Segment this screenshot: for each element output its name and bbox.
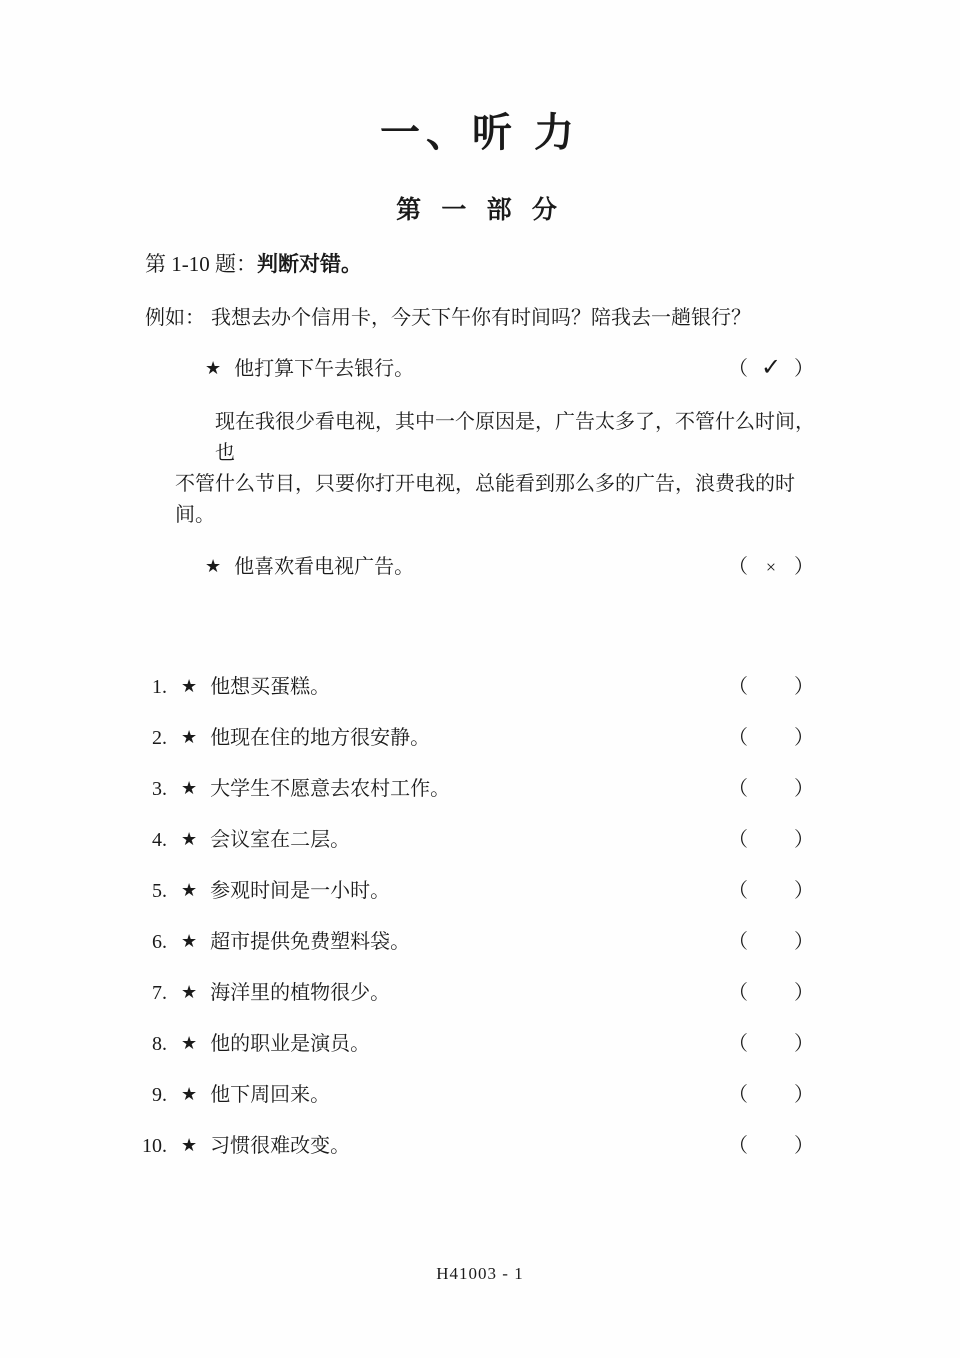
question-number: 6. <box>140 928 167 956</box>
question-number: 1. <box>140 673 167 701</box>
question-statement: 他现在住的地方很安静。 <box>210 724 430 752</box>
question-row-5: 5. ★ 参观时间是一小时。 （ ） <box>0 877 960 905</box>
paren-close: ） <box>794 1132 814 1160</box>
paren-close: ） <box>794 1030 814 1058</box>
star-icon: ★ <box>181 978 197 1006</box>
page-footer-code: H41003 - 1 <box>0 1264 960 1284</box>
paren-open: （ <box>728 355 748 383</box>
question-row-1: 1. ★ 他想买蛋糕。 （ ） <box>0 673 960 701</box>
page-title: 一、听 力 <box>0 0 960 156</box>
example-sentence-line: 例如：我想去办个信用卡，今天下午你有时间吗？陪我去一趟银行？ <box>145 304 812 332</box>
paren-close: ） <box>794 724 814 752</box>
paren-open: （ <box>728 979 748 1007</box>
question-row-2: 2. ★ 他现在住的地方很安静。 （ ） <box>0 724 960 752</box>
question-statement: 会议室在二层。 <box>210 826 350 854</box>
paren-close: ） <box>794 1081 814 1109</box>
paren-open: （ <box>728 826 748 854</box>
passage-line-1: 现在我很少看电视，其中一个原因是，广告太多了，不管什么时间，也 <box>175 407 815 469</box>
example-item-1: ★ 他打算下午去银行。 （ ✓ ） <box>205 354 814 383</box>
check-mark-icon: ✓ <box>748 354 794 382</box>
instruction-range: 第 1-10 题： <box>145 252 257 276</box>
paren-close: ） <box>794 775 814 803</box>
question-row-3: 3. ★ 大学生不愿意去农村工作。 （ ） <box>0 775 960 803</box>
example-passage: 现在我很少看电视，其中一个原因是，广告太多了，不管什么时间，也 不管什么节目，只… <box>175 407 815 531</box>
paren-open: （ <box>728 1081 748 1109</box>
answer-parens-example-1: （ ✓ ） <box>728 354 814 383</box>
question-row-8: 8. ★ 他的职业是演员。 （ ） <box>0 1030 960 1058</box>
example-label: 例如： <box>145 307 205 329</box>
answer-parens: （ ） <box>728 928 814 956</box>
passage-line-2: 不管什么节目，只要你打开电视，总能看到那么多的广告，浪费我的时间。 <box>175 469 815 531</box>
paren-close: ） <box>794 928 814 956</box>
answer-parens: （ ） <box>728 1030 814 1058</box>
paren-close: ） <box>794 979 814 1007</box>
example-statement-2: 他喜欢看电视广告。 <box>234 553 414 581</box>
paren-open: （ <box>728 553 748 581</box>
paren-close: ） <box>794 553 814 581</box>
question-row-9: 9. ★ 他下周回来。 （ ） <box>0 1081 960 1109</box>
question-number: 10. <box>140 1132 167 1160</box>
answer-parens: （ ） <box>728 979 814 1007</box>
question-row-6: 6. ★ 超市提供免费塑料袋。 （ ） <box>0 928 960 956</box>
answer-parens: （ ） <box>728 1132 814 1160</box>
question-number: 2. <box>140 724 167 752</box>
star-icon: ★ <box>205 354 221 382</box>
exam-page: 一、听 力 第 一 部 分 第 1-10 题：判断对错。 例如：我想去办个信用卡… <box>0 0 960 1358</box>
question-number: 3. <box>140 775 167 803</box>
instruction-line: 第 1-10 题：判断对错。 <box>145 250 812 278</box>
answer-parens: （ ） <box>728 775 814 803</box>
paren-open: （ <box>728 1132 748 1160</box>
star-icon: ★ <box>181 1131 197 1159</box>
question-list: 1. ★ 他想买蛋糕。 （ ） 2. ★ 他现在住的地方很安静。 （ ） 3. … <box>0 673 960 1160</box>
question-statement: 习惯很难改变。 <box>210 1132 350 1160</box>
paren-open: （ <box>728 928 748 956</box>
paren-open: （ <box>728 877 748 905</box>
cross-mark-icon: × <box>748 553 794 581</box>
example-item-2: ★ 他喜欢看电视广告。 （ × ） <box>205 553 814 581</box>
question-statement: 他的职业是演员。 <box>210 1030 370 1058</box>
instruction-task: 判断对错。 <box>257 252 362 276</box>
paren-close: ） <box>794 877 814 905</box>
answer-parens: （ ） <box>728 877 814 905</box>
example-statement-1: 他打算下午去银行。 <box>234 355 414 383</box>
star-icon: ★ <box>181 825 197 853</box>
question-number: 8. <box>140 1030 167 1058</box>
question-statement: 海洋里的植物很少。 <box>210 979 390 1007</box>
question-row-4: 4. ★ 会议室在二层。 （ ） <box>0 826 960 854</box>
star-icon: ★ <box>181 774 197 802</box>
answer-parens-example-2: （ × ） <box>728 553 814 581</box>
star-icon: ★ <box>181 927 197 955</box>
star-icon: ★ <box>181 1029 197 1057</box>
question-row-7: 7. ★ 海洋里的植物很少。 （ ） <box>0 979 960 1007</box>
question-number: 4. <box>140 826 167 854</box>
question-number: 9. <box>140 1081 167 1109</box>
answer-parens: （ ） <box>728 724 814 752</box>
question-statement: 他下周回来。 <box>210 1081 330 1109</box>
paren-close: ） <box>794 673 814 701</box>
question-statement: 参观时间是一小时。 <box>210 877 390 905</box>
question-statement: 超市提供免费塑料袋。 <box>210 928 410 956</box>
answer-parens: （ ） <box>728 673 814 701</box>
paren-open: （ <box>728 724 748 752</box>
paren-open: （ <box>728 1030 748 1058</box>
question-row-10: 10. ★ 习惯很难改变。 （ ） <box>0 1132 960 1160</box>
section-subtitle: 第 一 部 分 <box>0 196 960 226</box>
star-icon: ★ <box>205 552 221 580</box>
paren-close: ） <box>794 355 814 383</box>
answer-parens: （ ） <box>728 1081 814 1109</box>
example-sentence: 我想去办个信用卡，今天下午你有时间吗？陪我去一趟银行？ <box>211 307 751 329</box>
paren-open: （ <box>728 775 748 803</box>
star-icon: ★ <box>181 1080 197 1108</box>
star-icon: ★ <box>181 723 197 751</box>
question-statement: 大学生不愿意去农村工作。 <box>210 775 450 803</box>
paren-open: （ <box>728 673 748 701</box>
answer-parens: （ ） <box>728 826 814 854</box>
star-icon: ★ <box>181 672 197 700</box>
star-icon: ★ <box>181 876 197 904</box>
question-number: 7. <box>140 979 167 1007</box>
question-number: 5. <box>140 877 167 905</box>
question-statement: 他想买蛋糕。 <box>210 673 330 701</box>
paren-close: ） <box>794 826 814 854</box>
